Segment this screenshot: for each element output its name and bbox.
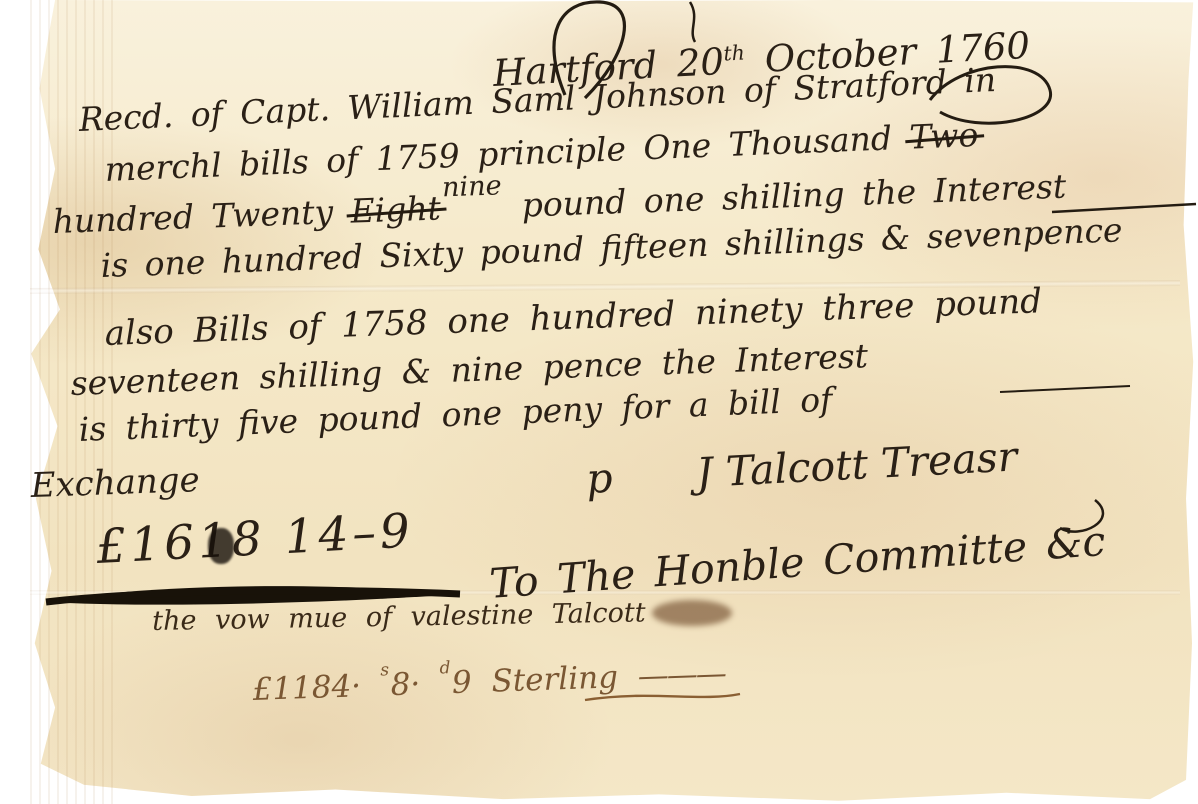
sterling-pence: 9	[451, 664, 472, 701]
body-line-8: Exchange	[30, 460, 200, 506]
struck-word-eight: Eight	[350, 188, 442, 230]
ink-smudge	[652, 600, 732, 626]
signature-prefix: p	[585, 454, 614, 503]
sterling-pounds: £1184·	[252, 668, 362, 708]
struck-word-two: Two	[909, 115, 979, 157]
sterling-dash: ———	[637, 656, 725, 695]
pence-mark: d	[439, 658, 451, 678]
document-canvas: Hartford 20th October 1760 Recd. of Capt…	[0, 0, 1198, 804]
ink-blot-on-digit	[208, 528, 234, 564]
exchange-word: Exchange	[30, 460, 200, 506]
inserted-word-nine: nine	[442, 170, 503, 203]
dateline-ordinal: th	[723, 40, 746, 65]
shilling-mark: s	[380, 660, 389, 680]
sterling-shillings: 8·	[390, 666, 421, 703]
sterling-word: Sterling	[491, 659, 619, 699]
